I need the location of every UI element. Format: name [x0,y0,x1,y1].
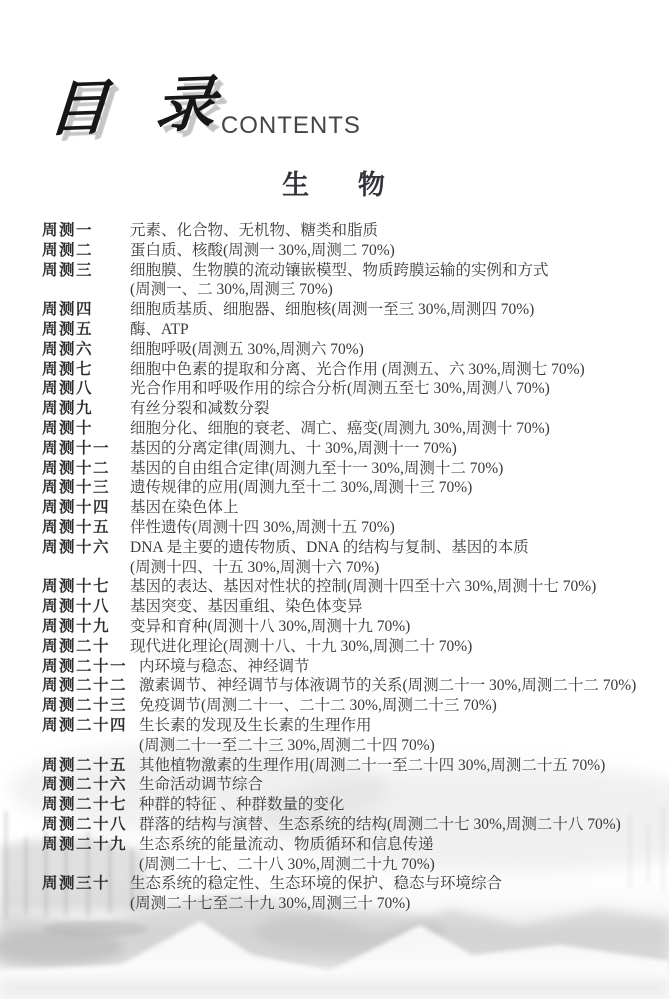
toc-row: 周测二十现代进化理论(周测十八、十九 30%,周测二十 70%) [42,637,649,657]
toc-topic-line: 酶、ATP [130,320,189,340]
toc-row-label: 周测四 [42,300,118,320]
toc-row-label: 周测二十四 [42,716,127,736]
toc-row-label: 周测十八 [42,597,118,617]
toc-row-topic: 生态系统的能量流动、物质循环和信息传递(周测二十七、二十八 30%,周测二十九 … [139,835,435,875]
toc-topic-line: 基因的表达、基因对性状的控制(周测十四至十六 30%,周测十七 70%) [130,577,596,597]
toc-row-label: 周测十三 [42,478,118,498]
toc-row-label: 周测九 [42,399,118,419]
toc-row-topic: 生命活动调节综合 [139,775,263,795]
toc-topic-line: 基因在染色体上 [130,498,239,518]
toc-row-label: 周测十 [42,419,118,439]
toc-row-topic: 免疫调节(周测二十一、二十二 30%,周测二十三 70%) [139,696,497,716]
toc-row: 周测二十七种群的特征 、种群数量的变化 [42,795,649,815]
toc-topic-line: 蛋白质、核酸(周测一 30%,周测二 70%) [130,241,395,261]
toc-topic-note-line: (周测十四、十五 30%,周测十六 70%) [130,558,529,578]
toc-row-topic: 种群的特征 、种群数量的变化 [139,795,344,815]
toc-row-topic: 基因在染色体上 [130,498,239,518]
toc-row: 周测二蛋白质、核酸(周测一 30%,周测二 70%) [42,241,649,261]
toc-row: 周测十三遗传规律的应用(周测九至十二 30%,周测十三 70%) [42,478,649,498]
toc-row: 周测十五伴性遗传(周测十四 30%,周测十五 70%) [42,518,649,538]
toc-row-topic: 群落的结构与演替、生态系统的结构(周测二十七 30%,周测二十八 70%) [139,815,621,835]
toc-topic-note-line: (周测二十七至二十九 30%,周测三十 70%) [130,894,502,914]
toc-row: 周测十一基因的分离定律(周测九、十 30%,周测十一 70%) [42,439,649,459]
toc-topic-line: 基因的分离定律(周测九、十 30%,周测十一 70%) [130,439,457,459]
toc-row-label: 周测二十五 [42,756,127,776]
subject-title: 生 物 [0,170,669,200]
toc-topic-line: DNA 是主要的遗传物质、DNA 的结构与复制、基因的本质 [130,538,529,558]
toc-row-label: 周测八 [42,379,118,399]
toc-row-topic: 基因突变、基因重组、染色体变异 [130,597,363,617]
toc-topic-line: 遗传规律的应用(周测九至十二 30%,周测十三 70%) [130,478,472,498]
toc-row-label: 周测二十一 [42,657,127,677]
toc-row-label: 周测七 [42,360,118,380]
toc-row-label: 周测二十九 [42,835,127,855]
toc-row-label: 周测十四 [42,498,118,518]
toc-topic-line: 生长素的发现及生长素的生理作用 [139,716,435,736]
toc-row-label: 周测十五 [42,518,118,538]
toc-row-label: 周测三十 [42,874,118,894]
page-title-en: CONTENTS [221,114,361,140]
toc-row-label: 周测六 [42,340,118,360]
toc-row-label: 周测十七 [42,577,118,597]
toc-topic-line: 细胞分化、细胞的衰老、凋亡、癌变(周测九 30%,周测十 70%) [130,419,550,439]
toc-topic-line: 生态系统的稳定性、生态环境的保护、稳态与环境综合 [130,874,502,894]
toc-row: 周测二十八群落的结构与演替、生态系统的结构(周测二十七 30%,周测二十八 70… [42,815,649,835]
toc-topic-line: 有丝分裂和减数分裂 [130,399,270,419]
toc-row-topic: 细胞呼吸(周测五 30%,周测六 70%) [130,340,364,360]
toc-row-topic: 细胞质基质、细胞器、细胞核(周测一至三 30%,周测四 70%) [130,300,534,320]
toc-row-topic: 有丝分裂和减数分裂 [130,399,270,419]
toc-row: 周测二十五其他植物激素的生理作用(周测二十一至二十四 30%,周测二十五 70%… [42,756,649,776]
toc-row-topic: 基因的自由组合定律(周测九至十一 30%,周测十二 70%) [130,459,503,479]
toc-row-topic: 其他植物激素的生理作用(周测二十一至二十四 30%,周测二十五 70%) [139,756,605,776]
toc-row-topic: DNA 是主要的遗传物质、DNA 的结构与复制、基因的本质(周测十四、十五 30… [130,538,529,578]
toc-topic-line: 其他植物激素的生理作用(周测二十一至二十四 30%,周测二十五 70%) [139,756,605,776]
toc-row: 周测六细胞呼吸(周测五 30%,周测六 70%) [42,340,649,360]
toc-topic-line: 内环境与稳态、神经调节 [139,657,310,677]
toc-row-topic: 蛋白质、核酸(周测一 30%,周测二 70%) [130,241,395,261]
toc-row-topic: 光合作用和呼吸作用的综合分析(周测五至七 30%,周测八 70%) [130,379,550,399]
toc-row: 周测十细胞分化、细胞的衰老、凋亡、癌变(周测九 30%,周测十 70%) [42,419,649,439]
toc-row: 周测二十四生长素的发现及生长素的生理作用(周测二十一至二十三 30%,周测二十四… [42,716,649,756]
toc-row: 周测十七基因的表达、基因对性状的控制(周测十四至十六 30%,周测十七 70%) [42,577,649,597]
toc-row: 周测十八基因突变、基因重组、染色体变异 [42,597,649,617]
page-content: 目 录 CONTENTS 生 物 周测一元素、化合物、无机物、糖类和脂质周测二蛋… [0,0,669,914]
toc-topic-line: 现代进化理论(周测十八、十九 30%,周测二十 70%) [130,637,472,657]
toc-row-topic: 现代进化理论(周测十八、十九 30%,周测二十 70%) [130,637,472,657]
toc-row: 周测二十九生态系统的能量流动、物质循环和信息传递(周测二十七、二十八 30%,周… [42,835,649,875]
toc-row: 周测十九变异和育种(周测十八 30%,周测十九 70%) [42,617,649,637]
toc-topic-line: 光合作用和呼吸作用的综合分析(周测五至七 30%,周测八 70%) [130,379,550,399]
toc-row: 周测四细胞质基质、细胞器、细胞核(周测一至三 30%,周测四 70%) [42,300,649,320]
toc-row-label: 周测十六 [42,538,118,558]
toc-row: 周测三细胞膜、生物膜的流动镶嵌模型、物质跨膜运输的实例和方式(周测一、二 30%… [42,261,649,301]
toc-row: 周测九有丝分裂和减数分裂 [42,399,649,419]
toc-row-topic: 基因的表达、基因对性状的控制(周测十四至十六 30%,周测十七 70%) [130,577,596,597]
toc-topic-line: 细胞膜、生物膜的流动镶嵌模型、物质跨膜运输的实例和方式 [130,261,549,281]
toc-row-label: 周测二十 [42,637,118,657]
toc-topic-line: 伴性遗传(周测十四 30%,周测十五 70%) [130,518,395,538]
toc-row-topic: 基因的分离定律(周测九、十 30%,周测十一 70%) [130,439,457,459]
toc-row-label: 周测一 [42,221,118,241]
toc-row: 周测五酶、ATP [42,320,649,340]
toc-topic-line: 细胞中色素的提取和分离、光合作用 (周测五、六 30%,周测七 70%) [130,360,585,380]
toc-row: 周测二十六生命活动调节综合 [42,775,649,795]
toc-row-label: 周测二 [42,241,118,261]
toc-row: 周测二十一内环境与稳态、神经调节 [42,657,649,677]
toc-row-topic: 细胞中色素的提取和分离、光合作用 (周测五、六 30%,周测七 70%) [130,360,585,380]
toc-topic-line: 激素调节、神经调节与体液调节的关系(周测二十一 30%,周测二十二 70%) [139,676,636,696]
toc-row-topic: 细胞分化、细胞的衰老、凋亡、癌变(周测九 30%,周测十 70%) [130,419,550,439]
toc-topic-note-line: (周测二十七、二十八 30%,周测二十九 70%) [139,855,435,875]
toc-row-topic: 元素、化合物、无机物、糖类和脂质 [130,221,378,241]
toc-topic-line: 种群的特征 、种群数量的变化 [139,795,344,815]
toc-row-topic: 激素调节、神经调节与体液调节的关系(周测二十一 30%,周测二十二 70%) [139,676,636,696]
toc-row: 周测二十二激素调节、神经调节与体液调节的关系(周测二十一 30%,周测二十二 7… [42,676,649,696]
toc-row: 周测一元素、化合物、无机物、糖类和脂质 [42,221,649,241]
toc-row-topic: 遗传规律的应用(周测九至十二 30%,周测十三 70%) [130,478,472,498]
toc-row: 周测十四基因在染色体上 [42,498,649,518]
toc-topic-note-line: (周测二十一至二十三 30%,周测二十四 70%) [139,736,435,756]
toc-row: 周测二十三免疫调节(周测二十一、二十二 30%,周测二十三 70%) [42,696,649,716]
toc-row-label: 周测三 [42,261,118,281]
toc-row-topic: 伴性遗传(周测十四 30%,周测十五 70%) [130,518,395,538]
toc-row-topic: 细胞膜、生物膜的流动镶嵌模型、物质跨膜运输的实例和方式(周测一、二 30%,周测… [130,261,549,301]
toc-topic-line: 基因突变、基因重组、染色体变异 [130,597,363,617]
toc-row: 周测七细胞中色素的提取和分离、光合作用 (周测五、六 30%,周测七 70%) [42,360,649,380]
toc-row-label: 周测十二 [42,459,118,479]
toc-row-topic: 变异和育种(周测十八 30%,周测十九 70%) [130,617,410,637]
toc-row-topic: 生长素的发现及生长素的生理作用(周测二十一至二十三 30%,周测二十四 70%) [139,716,435,756]
toc-row-label: 周测十九 [42,617,118,637]
toc-row-label: 周测二十八 [42,815,127,835]
toc-row: 周测十六DNA 是主要的遗传物质、DNA 的结构与复制、基因的本质(周测十四、十… [42,538,649,578]
toc-topic-line: 变异和育种(周测十八 30%,周测十九 70%) [130,617,410,637]
toc-topic-line: 细胞呼吸(周测五 30%,周测六 70%) [130,340,364,360]
toc-topic-note-line: (周测一、二 30%,周测三 70%) [130,280,549,300]
toc-topic-line: 生态系统的能量流动、物质循环和信息传递 [139,835,435,855]
toc-page: 目 录 CONTENTS 生 物 周测一元素、化合物、无机物、糖类和脂质周测二蛋… [0,0,669,999]
toc-row: 周测三十生态系统的稳定性、生态环境的保护、稳态与环境综合(周测二十七至二十九 3… [42,874,649,914]
page-title-zh: 目 录 [46,74,220,140]
toc-topic-line: 基因的自由组合定律(周测九至十一 30%,周测十二 70%) [130,459,503,479]
toc-row-label: 周测十一 [42,439,118,459]
toc-list: 周测一元素、化合物、无机物、糖类和脂质周测二蛋白质、核酸(周测一 30%,周测二… [0,221,669,914]
toc-row: 周测十二基因的自由组合定律(周测九至十一 30%,周测十二 70%) [42,459,649,479]
toc-topic-line: 群落的结构与演替、生态系统的结构(周测二十七 30%,周测二十八 70%) [139,815,621,835]
toc-topic-line: 细胞质基质、细胞器、细胞核(周测一至三 30%,周测四 70%) [130,300,534,320]
toc-topic-line: 元素、化合物、无机物、糖类和脂质 [130,221,378,241]
toc-row-topic: 生态系统的稳定性、生态环境的保护、稳态与环境综合(周测二十七至二十九 30%,周… [130,874,502,914]
toc-row-label: 周测二十六 [42,775,127,795]
toc-row: 周测八光合作用和呼吸作用的综合分析(周测五至七 30%,周测八 70%) [42,379,649,399]
toc-row-label: 周测二十七 [42,795,127,815]
toc-row-label: 周测五 [42,320,118,340]
page-header: 目 录 CONTENTS [0,0,669,140]
toc-row-label: 周测二十三 [42,696,127,716]
toc-topic-line: 免疫调节(周测二十一、二十二 30%,周测二十三 70%) [139,696,497,716]
toc-row-label: 周测二十二 [42,676,127,696]
toc-topic-line: 生命活动调节综合 [139,775,263,795]
toc-row-topic: 内环境与稳态、神经调节 [139,657,310,677]
toc-row-topic: 酶、ATP [130,320,189,340]
